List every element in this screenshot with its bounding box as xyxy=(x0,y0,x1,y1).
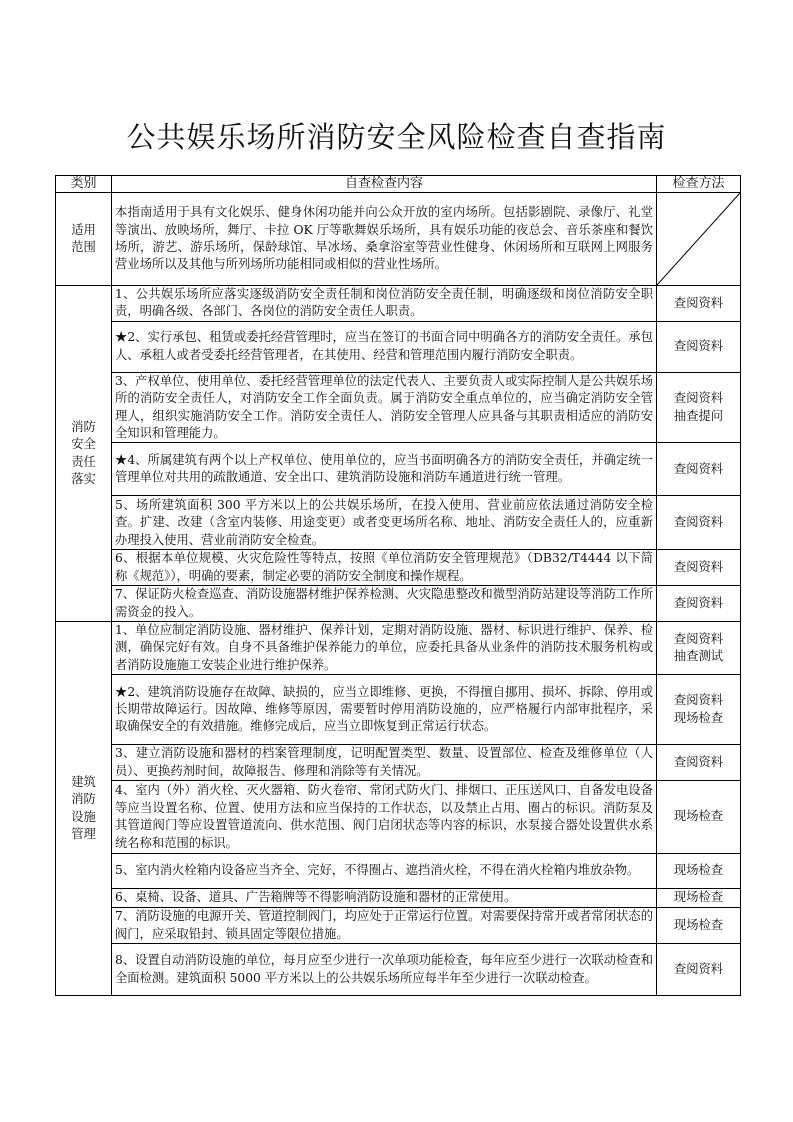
content-cell: 3、建立消防设施和器材的档案管理制度，记明配置类型、数量、设置部位、检查及维修单… xyxy=(112,745,657,781)
method-cell: 查阅资料 抽查提问 xyxy=(657,372,741,443)
table-row: 3、建立消防设施和器材的档案管理制度，记明配置类型、数量、设置部位、检查及维修单… xyxy=(56,745,741,781)
method-cell: 查阅资料 xyxy=(657,321,741,372)
category-cell: 适用 范围 xyxy=(56,193,112,286)
table-row: 6、根据本单位规模、火灾危险性等特点，按照《单位消防安全管理规范》（DB32/T… xyxy=(56,550,741,586)
diagonal-slash-icon xyxy=(657,193,740,285)
content-cell: 1、单位应制定消防设施、器材维护、保养计划，定期对消防设施、器材、标识进行维护、… xyxy=(112,622,657,675)
method-cell: 查阅资料 xyxy=(657,745,741,781)
header-content: 自查检查内容 xyxy=(112,176,657,193)
method-cell: 查阅资料 现场检查 xyxy=(657,675,741,745)
table-row: 消防 安全 责任 落实 1、公共娱乐场所应落实逐级消防安全责任制和岗位消防安全责… xyxy=(56,286,741,322)
content-cell: ★2、建筑消防设施存在故障、缺损的，应当立即维修、更换，不得擅自挪用、损坏、拆除… xyxy=(112,675,657,745)
content-cell: 6、桌椅、设备、道具、广告箱牌等不得影响消防设施和器材的正常使用。 xyxy=(112,889,657,908)
method-cell: 现场检查 xyxy=(657,781,741,854)
method-cell: 查阅资料 xyxy=(657,443,741,496)
table-row: 5、室内消火栓箱内设备应当齐全、完好，不得圈占、遮挡消火栓，不得在消火栓箱内堆放… xyxy=(56,854,741,889)
table-header-row: 类别 自查检查内容 检查方法 xyxy=(56,176,741,193)
content-cell: 1、公共娱乐场所应落实逐级消防安全责任制和岗位消防安全责任制，明确逐级和岗位消防… xyxy=(112,286,657,322)
method-cell-empty xyxy=(657,193,741,286)
table-row: 5、场所建筑面积 300 平方米以上的公共娱乐场所，在投入使用、营业前应依法通过… xyxy=(56,496,741,550)
method-cell: 现场检查 xyxy=(657,854,741,889)
content-cell: ★2、实行承包、租赁或委托经营管理时，应当在签订的书面合同中明确各方的消防安全责… xyxy=(112,321,657,372)
header-method: 检查方法 xyxy=(657,176,741,193)
content-cell: 8、设置自动消防设施的单位，每月应至少进行一次单项功能检查，每年应至少进行一次联… xyxy=(112,944,657,996)
content-cell: 本指南适用于具有文化娱乐、健身休闲功能并向公众开放的室内场所。包括影剧院、录像厅… xyxy=(112,193,657,286)
table-row: 3、产权单位、使用单位、委托经营管理单位的法定代表人、主要负责人或实际控制人是公… xyxy=(56,372,741,443)
table-row: 6、桌椅、设备、道具、广告箱牌等不得影响消防设施和器材的正常使用。 现场检查 xyxy=(56,889,741,908)
table-row: ★2、实行承包、租赁或委托经营管理时，应当在签订的书面合同中明确各方的消防安全责… xyxy=(56,321,741,372)
method-cell: 查阅资料 xyxy=(657,586,741,622)
content-cell: 5、室内消火栓箱内设备应当齐全、完好，不得圈占、遮挡消火栓，不得在消火栓箱内堆放… xyxy=(112,854,657,889)
method-cell: 查阅资料 xyxy=(657,550,741,586)
method-cell: 现场检查 xyxy=(657,889,741,908)
method-cell: 查阅资料 抽查测试 xyxy=(657,622,741,675)
table-row: ★2、建筑消防设施存在故障、缺损的，应当立即维修、更换，不得擅自挪用、损坏、拆除… xyxy=(56,675,741,745)
table-row: 7、消防设施的电源开关、管道控制阀门，均应处于正常运行位置。对需要保持常开或者常… xyxy=(56,908,741,944)
self-check-table: 类别 自查检查内容 检查方法 适用 范围 本指南适用于具有文化娱乐、健身休闲功能… xyxy=(55,175,741,996)
content-cell: 7、保证防火检查巡查、消防设施器材维护保养检测、火灾隐患整改和微型消防站建设等消… xyxy=(112,586,657,622)
table-row: ★4、所属建筑有两个以上产权单位、使用单位的，应当书面明确各方的消防安全责任，并… xyxy=(56,443,741,496)
content-cell: 3、产权单位、使用单位、委托经营管理单位的法定代表人、主要负责人或实际控制人是公… xyxy=(112,372,657,443)
content-cell: 7、消防设施的电源开关、管道控制阀门，均应处于正常运行位置。对需要保持常开或者常… xyxy=(112,908,657,944)
table-row: 7、保证防火检查巡查、消防设施器材维护保养检测、火灾隐患整改和微型消防站建设等消… xyxy=(56,586,741,622)
method-cell: 现场检查 xyxy=(657,908,741,944)
content-cell: ★4、所属建筑有两个以上产权单位、使用单位的，应当书面明确各方的消防安全责任，并… xyxy=(112,443,657,496)
category-cell: 消防 安全 责任 落实 xyxy=(56,286,112,622)
header-category: 类别 xyxy=(56,176,112,193)
method-cell: 查阅资料 xyxy=(657,286,741,322)
content-cell: 4、室内（外）消火栓、灭火器箱、防火卷帘、常闭式防火门、排烟口、正压送风口、自备… xyxy=(112,781,657,854)
table-row: 建筑 消防 设施 管理 1、单位应制定消防设施、器材维护、保养计划，定期对消防设… xyxy=(56,622,741,675)
method-cell: 查阅资料 xyxy=(657,496,741,550)
method-cell: 查阅资料 xyxy=(657,944,741,996)
table-row: 4、室内（外）消火栓、灭火器箱、防火卷帘、常闭式防火门、排烟口、正压送风口、自备… xyxy=(56,781,741,854)
content-cell: 5、场所建筑面积 300 平方米以上的公共娱乐场所，在投入使用、营业前应依法通过… xyxy=(112,496,657,550)
content-cell: 6、根据本单位规模、火灾危险性等特点，按照《单位消防安全管理规范》（DB32/T… xyxy=(112,550,657,586)
page-title: 公共娱乐场所消防安全风险检查自查指南 xyxy=(0,115,793,156)
table-row: 适用 范围 本指南适用于具有文化娱乐、健身休闲功能并向公众开放的室内场所。包括影… xyxy=(56,193,741,286)
table-row: 8、设置自动消防设施的单位，每月应至少进行一次单项功能检查，每年应至少进行一次联… xyxy=(56,944,741,996)
category-cell: 建筑 消防 设施 管理 xyxy=(56,622,112,996)
